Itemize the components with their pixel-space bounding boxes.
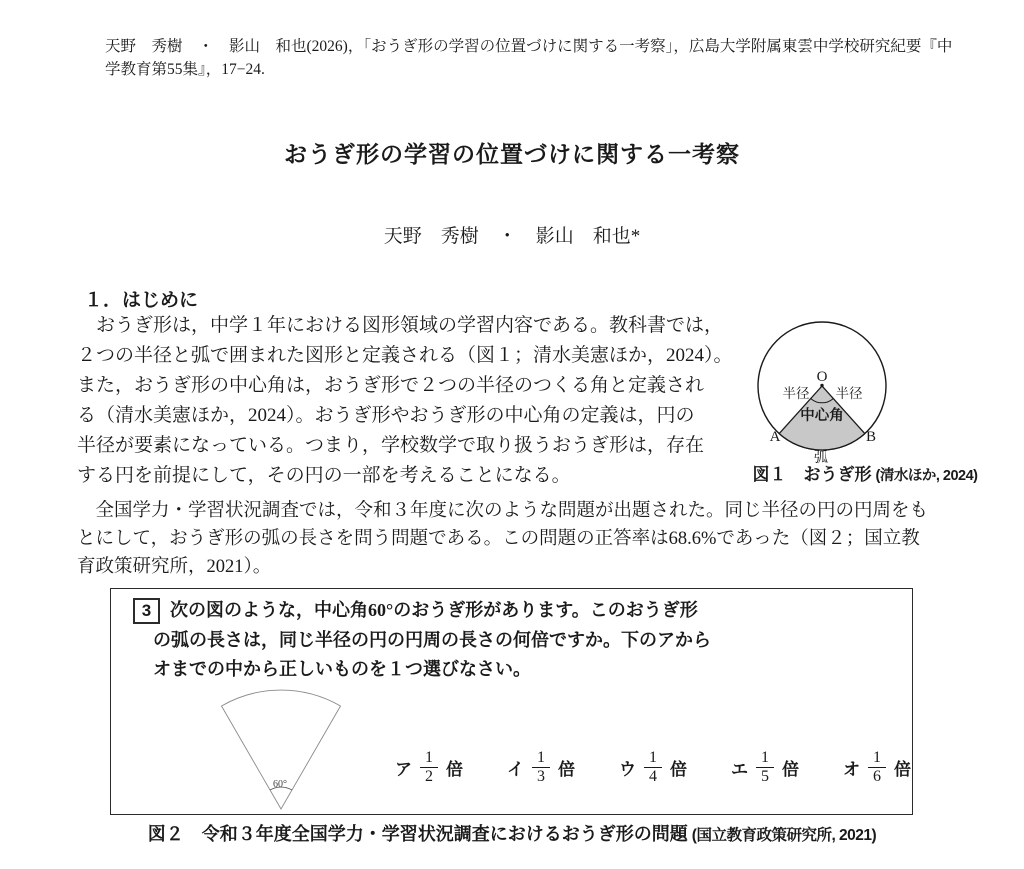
sector-in-circle-diagram: O 半径 半径 中心角 A B 弧: [750, 315, 970, 465]
choice-label: ア: [395, 755, 412, 780]
figure2-caption-main: 図２ 令和３年度全国学力・学習状況調査におけるおうぎ形の問題: [148, 824, 688, 844]
figure2-problem-box: 3 次の図のような，中心角60°のおうぎ形があります。このおうぎ形 の弧の長さは…: [110, 588, 913, 815]
paper-page: 天野 秀樹 ・ 影山 和也(2026)，「おうぎ形の学習の位置づけに関する一考察…: [0, 0, 1024, 869]
citation-line: 天野 秀樹 ・ 影山 和也(2026)，「おうぎ形の学習の位置づけに関する一考察…: [105, 36, 945, 59]
problem-text-line: オまでの中から正しいものを１つ選びなさい。: [153, 655, 711, 685]
paragraph1-line: する円を前提にして，その円の一部を考えることになる。: [77, 461, 733, 491]
figure2-caption-source: (国立教育政策研究所, 2021): [692, 827, 876, 844]
central-angle-label: 中心角: [800, 406, 844, 424]
choice-label: イ: [507, 755, 524, 780]
problem-text-line: 次の図のような，中心角60°のおうぎ形があります。このおうぎ形: [153, 596, 711, 626]
figure1-caption-main: 図１ おうぎ形: [753, 465, 872, 484]
point-a-label: A: [770, 429, 781, 445]
fraction-numerator: 1: [756, 749, 774, 768]
figure1-caption: 図１ おうぎ形 (清水ほか, 2024): [735, 460, 995, 485]
answer-choice: エ 15 倍: [731, 749, 799, 787]
fraction-denominator: 4: [644, 768, 662, 786]
fraction-denominator: 5: [756, 768, 774, 786]
choice-fraction: 16: [868, 749, 886, 787]
fraction-numerator: 1: [420, 749, 438, 768]
fraction-numerator: 1: [644, 749, 662, 768]
choice-unit: 倍: [894, 755, 911, 780]
paragraph1-line: おうぎ形は，中学１年における図形領域の学習内容である。教科書では，: [77, 311, 733, 341]
choice-ref-kana: オ: [153, 659, 171, 679]
choice-fraction: 15: [756, 749, 774, 787]
center-point-label: O: [817, 369, 828, 385]
answer-choice: イ 13 倍: [507, 749, 575, 787]
choice-unit: 倍: [446, 755, 463, 780]
figure1-caption-source: (清水ほか, 2024): [876, 468, 978, 484]
choice-ref-kana: ア: [657, 630, 675, 650]
choice-label: オ: [843, 755, 860, 780]
fraction-numerator: 1: [868, 749, 886, 768]
choice-fraction: 12: [420, 749, 438, 787]
fan-sector-diagram: 60°: [211, 684, 351, 814]
answer-choices-row: ア 12 倍 イ 13 倍 ウ 14 倍 エ 15 倍 オ 16: [395, 749, 911, 787]
paragraph1-line: る（清水美憲ほか，2024）。おうぎ形やおうぎ形の中心角の定義は，円の: [77, 401, 733, 431]
radius-left-label: 半径: [783, 385, 811, 401]
choice-fraction: 14: [644, 749, 662, 787]
paragraph-1: おうぎ形は，中学１年における図形領域の学習内容である。教科書では， ２つの半径と…: [77, 311, 733, 491]
fraction-denominator: 6: [868, 768, 886, 786]
choice-unit: 倍: [670, 755, 687, 780]
paragraph-2: 全国学力・学習状況調査では，令和３年度に次のような問題が出題された。同じ半径の円…: [77, 497, 928, 581]
paragraph1-line: 半径が要素になっている。つまり，学校数学で取り扱うおうぎ形は，存在: [77, 431, 733, 461]
citation-line: 学教育第55集』，17−24.: [105, 59, 945, 82]
citation-header: 天野 秀樹 ・ 影山 和也(2026)，「おうぎ形の学習の位置づけに関する一考察…: [105, 36, 945, 81]
figure2-caption: 図２ 令和３年度全国学力・学習状況調査におけるおうぎ形の問題 (国立教育政策研究…: [0, 820, 1024, 846]
authors-line: 天野 秀樹 ・ 影山 和也*: [0, 221, 1024, 248]
paper-title: おうぎ形の学習の位置づけに関する一考察: [0, 136, 1024, 169]
paragraph1-line: また，おうぎ形の中心角は，おうぎ形で２つの半径のつくる角と定義され: [77, 371, 733, 401]
paragraph2-line: 全国学力・学習状況調査では，令和３年度に次のような問題が出題された。同じ半径の円…: [77, 497, 928, 525]
fraction-denominator: 3: [532, 768, 550, 786]
fan-sector-outline: [222, 690, 341, 809]
fan-angle-label: 60°: [273, 779, 287, 790]
section-heading: １．はじめに: [84, 285, 198, 312]
point-b-label: B: [866, 429, 876, 445]
problem-text-segment: までの中から正しいものを１つ選びなさい。: [171, 659, 531, 679]
fraction-numerator: 1: [532, 749, 550, 768]
paragraph2-line: 育政策研究所，2021）。: [77, 553, 928, 581]
choice-label: ウ: [619, 755, 636, 780]
answer-choice: ウ 14 倍: [619, 749, 687, 787]
problem-text-segment: の弧の長さは，同じ半径の円の円周の長さの何倍ですか。下の: [153, 630, 657, 650]
choice-unit: 倍: [782, 755, 799, 780]
choice-unit: 倍: [558, 755, 575, 780]
paragraph2-line: とにして，おうぎ形の弧の長さを問う問題である。この問題の正答率は68.6%であっ…: [77, 525, 928, 553]
paragraph1-line: ２つの半径と弧で囲まれた図形と定義される（図１；清水美憲ほか，2024）。: [77, 341, 733, 371]
answer-choice: オ 16 倍: [843, 749, 911, 787]
problem-text-segment: から: [675, 630, 711, 650]
problem-text-line: の弧の長さは，同じ半径の円の円周の長さの何倍ですか。下のアから: [153, 626, 711, 656]
answer-choice: ア 12 倍: [395, 749, 463, 787]
problem-text: 次の図のような，中心角60°のおうぎ形があります。このおうぎ形 の弧の長さは，同…: [153, 596, 711, 685]
radius-right-label: 半径: [836, 385, 864, 401]
choice-label: エ: [731, 755, 748, 780]
choice-fraction: 13: [532, 749, 550, 787]
fraction-denominator: 2: [420, 768, 438, 786]
